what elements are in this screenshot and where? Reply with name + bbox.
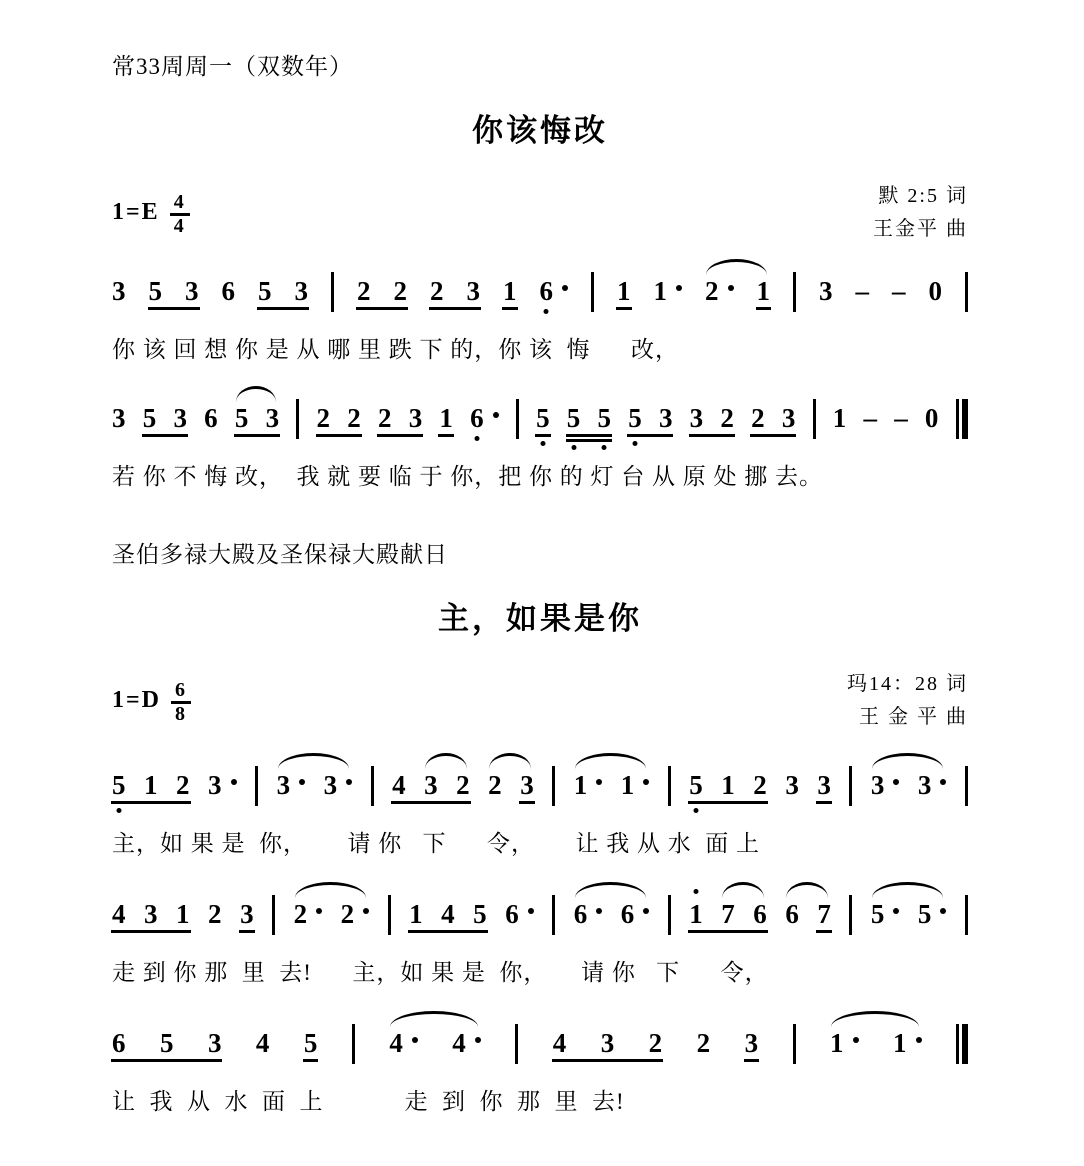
song1-credits: 默 2:5 词 王金平 曲: [873, 180, 968, 246]
octave-dot-low: [116, 808, 121, 813]
note: 6: [112, 1028, 126, 1058]
note-digit: 5: [258, 276, 272, 306]
notation-line: 65345444322311: [112, 1028, 968, 1070]
time-signature: 68: [171, 680, 191, 725]
slur-arc: [295, 882, 367, 898]
note: 2: [753, 770, 767, 800]
note: 1: [503, 276, 517, 306]
slur-arc: [489, 753, 531, 769]
note: 1: [721, 770, 735, 800]
barline: [331, 272, 334, 312]
key-text: 1=E: [112, 199, 160, 225]
time-signature-denominator: 4: [170, 216, 190, 237]
note-digit: 1: [721, 770, 735, 800]
song2-meta-row: 1=D68 玛14：28 词 王 金 平 曲: [112, 668, 968, 734]
note-digit: 3: [659, 403, 673, 433]
beam-line: [616, 307, 632, 310]
beam-line: [438, 434, 454, 437]
note-digit: 2: [430, 276, 444, 306]
note: 2: [705, 276, 734, 306]
note-digit: 3: [185, 276, 199, 306]
note-digit: 2: [294, 899, 308, 929]
time-signature: 44: [170, 192, 190, 237]
slur-arc: [236, 386, 276, 402]
beam-line: [234, 434, 280, 437]
note: 1: [689, 899, 703, 929]
note-digit: 0: [925, 403, 939, 433]
note-digit: 6: [112, 1028, 126, 1058]
note: 6: [470, 403, 499, 433]
note: 3: [208, 770, 237, 800]
song2-title: 主，如果是你: [112, 593, 968, 638]
dash-extension: –: [856, 276, 870, 306]
note: 1: [439, 403, 453, 433]
note: 5: [143, 403, 157, 433]
note: 5: [598, 403, 612, 433]
note: 2: [649, 1028, 663, 1058]
note-digit: 3: [208, 1028, 222, 1058]
beam-line: [239, 930, 255, 933]
octave-dot-low: [571, 445, 576, 450]
note: 3: [240, 899, 254, 929]
rest-note: 0: [925, 403, 939, 433]
beam-line: [816, 801, 832, 804]
note: 7: [817, 899, 831, 929]
note-digit: 1: [503, 276, 517, 306]
note-digit: 1: [654, 276, 668, 306]
note: 2: [456, 770, 470, 800]
beam-line: [566, 434, 612, 437]
note: 5: [258, 276, 272, 306]
note: 3: [520, 770, 534, 800]
lyrics-line: 你 该 回 想 你 是 从 哪 里 跌 下 的，你 该 悔 改，: [112, 331, 968, 363]
note: 3: [817, 770, 831, 800]
note-digit: 2: [751, 403, 765, 433]
note-digit: 5: [871, 899, 885, 929]
beam-line: [142, 434, 188, 437]
note-digit: 3: [690, 403, 704, 433]
octave-dot-low: [694, 808, 699, 813]
note-digit: 1: [621, 770, 635, 800]
beam-line: [689, 434, 735, 437]
note-digit: –: [892, 276, 906, 306]
note: 6: [753, 899, 767, 929]
barline: [272, 895, 275, 935]
beam-line: [519, 801, 535, 804]
note-digit: 1: [176, 899, 190, 929]
augmentation-dot: [596, 908, 602, 914]
note-digit: 2: [394, 276, 408, 306]
note: 4: [553, 1028, 567, 1058]
augmentation-dot: [346, 779, 352, 785]
beam-line: [429, 307, 481, 310]
note-digit: 3: [785, 770, 799, 800]
note-digit: 5: [567, 403, 581, 433]
note: 5: [235, 403, 249, 433]
note-digit: 2: [649, 1028, 663, 1058]
note-digit: 2: [378, 403, 392, 433]
note: 3: [819, 276, 833, 306]
note-digit: 1: [617, 276, 631, 306]
lyricist-credit: 玛14：28 词: [847, 668, 968, 701]
beam-line: [303, 1059, 319, 1062]
notation-line: 43123221456661766755: [112, 899, 968, 941]
barline: [793, 272, 796, 312]
note: 1: [409, 899, 423, 929]
barline: [552, 766, 555, 806]
barline: [371, 766, 374, 806]
beam-line: [627, 434, 673, 437]
note: 4: [389, 1028, 418, 1058]
note-digit: 6: [204, 403, 218, 433]
note: 4: [452, 1028, 481, 1058]
note: 5: [160, 1028, 174, 1058]
barline: [965, 766, 968, 806]
note-digit: 1: [689, 899, 703, 929]
note-digit: 7: [721, 899, 735, 929]
feast-day-header: 圣伯多禄大殿及圣保禄大殿献日: [112, 536, 968, 569]
slur-arc: [872, 753, 944, 769]
song2-score: 51233343223115123333 主，如 果 是 你， 请 你 下 令，…: [112, 770, 968, 1115]
final-barline: [956, 399, 968, 439]
note: 3: [173, 403, 187, 433]
dash-extension: –: [863, 403, 877, 433]
beam-line: [535, 434, 551, 437]
note: 2: [347, 403, 361, 433]
note-digit: 3: [112, 403, 126, 433]
note-digit: 3: [871, 770, 885, 800]
note-digit: 1: [893, 1028, 907, 1058]
song2-key-signature: 1=D68: [112, 680, 191, 725]
notation-line: 3536532223165555332231––0: [112, 403, 968, 445]
note-digit: 3: [112, 276, 126, 306]
note: 1: [654, 276, 683, 306]
note: 2: [176, 770, 190, 800]
note: 2: [488, 770, 502, 800]
note-digit: 4: [452, 1028, 466, 1058]
note-digit: 3: [817, 770, 831, 800]
note-digit: 5: [149, 276, 163, 306]
barline: [255, 766, 258, 806]
note-digit: 3: [819, 276, 833, 306]
barline: [793, 1024, 796, 1064]
note-digit: 3: [467, 276, 481, 306]
note: 1: [833, 403, 847, 433]
octave-dot-high: [694, 889, 699, 894]
notation-line: 35365322231611213––0: [112, 276, 968, 318]
augmentation-dot: [916, 1037, 922, 1043]
note-digit: 2: [357, 276, 371, 306]
note: 5: [473, 899, 487, 929]
note: 4: [441, 899, 455, 929]
note: 7: [721, 899, 735, 929]
barline: [965, 895, 968, 935]
augmentation-dot: [363, 908, 369, 914]
note: 1: [176, 899, 190, 929]
barline: [849, 766, 852, 806]
barline-thin: [956, 399, 959, 439]
beam-line: [688, 801, 768, 804]
note-digit: 4: [441, 899, 455, 929]
barline-thick: [962, 399, 968, 439]
note: 5: [567, 403, 581, 433]
note: 3: [467, 276, 481, 306]
beam-line: [756, 307, 772, 310]
note: 5: [304, 1028, 318, 1058]
beam-line: [111, 930, 191, 933]
slur-arc: [575, 753, 647, 769]
note: 3: [295, 276, 309, 306]
liturgical-day-header: 常33周周一（双数年）: [112, 0, 968, 81]
augmentation-dot: [231, 779, 237, 785]
note-digit: 2: [341, 899, 355, 929]
composer-credit: 王 金 平 曲: [847, 701, 968, 734]
note: 5: [112, 770, 126, 800]
beam-line: [111, 1059, 222, 1062]
augmentation-dot: [893, 908, 899, 914]
note: 3: [112, 403, 126, 433]
final-barline: [956, 1024, 968, 1064]
note: 2: [294, 899, 323, 929]
note-digit: 1: [409, 899, 423, 929]
slur-arc: [872, 882, 944, 898]
note-digit: –: [863, 403, 877, 433]
note-digit: 3: [295, 276, 309, 306]
lyrics-line: 让 我 从 水 面 上 走 到 你 那 里 去!: [112, 1083, 968, 1115]
note: 2: [430, 276, 444, 306]
song1-score: 35365322231611213––0 你 该 回 想 你 是 从 哪 里 跌…: [112, 276, 968, 490]
note: 6: [505, 899, 534, 929]
beam-line: [111, 801, 191, 804]
lyrics-line: 走 到 你 那 里 去! 主，如 果 是 你， 请 你 下 令，: [112, 954, 968, 986]
note-digit: 3: [277, 770, 291, 800]
barline: [296, 399, 299, 439]
note: 3: [324, 770, 353, 800]
barline: [552, 895, 555, 935]
note: 2: [394, 276, 408, 306]
note: 5: [536, 403, 550, 433]
augmentation-dot: [528, 908, 534, 914]
note-digit: 1: [757, 276, 771, 306]
octave-dot-low: [632, 441, 637, 446]
barline: [515, 1024, 518, 1064]
note: 4: [392, 770, 406, 800]
rest-note: 0: [929, 276, 943, 306]
note: 6: [204, 403, 218, 433]
sheet-music-page: 常33周周一（双数年） 你该悔改 1=E44 默 2:5 词 王金平 曲 353…: [0, 0, 1084, 1166]
note-digit: 3: [240, 899, 254, 929]
key-text: 1=D: [112, 687, 161, 713]
note: 3: [277, 770, 306, 800]
note: 5: [918, 899, 947, 929]
note: 1: [617, 276, 631, 306]
note: 2: [341, 899, 370, 929]
note-digit: 2: [347, 403, 361, 433]
note: 3: [782, 403, 796, 433]
note: 4: [112, 899, 126, 929]
barline-thick: [962, 1024, 968, 1064]
note-digit: 4: [389, 1028, 403, 1058]
barline: [849, 895, 852, 935]
augmentation-dot: [940, 779, 946, 785]
note-digit: 6: [621, 899, 635, 929]
note: 5: [149, 276, 163, 306]
beam-line: [257, 307, 309, 310]
note-digit: 3: [745, 1028, 759, 1058]
composer-credit: 王金平 曲: [873, 213, 968, 246]
barline: [813, 399, 816, 439]
note-digit: 1: [439, 403, 453, 433]
note-digit: 0: [929, 276, 943, 306]
note-digit: 1: [574, 770, 588, 800]
slur-arc: [706, 259, 767, 275]
note-digit: 3: [144, 899, 158, 929]
slur-arc: [831, 1011, 918, 1027]
augmentation-dot: [893, 779, 899, 785]
augmentation-dot: [493, 412, 499, 418]
note-digit: 2: [176, 770, 190, 800]
note-digit: 5: [689, 770, 703, 800]
augmentation-dot: [676, 285, 682, 291]
beam-line: [502, 307, 518, 310]
note-digit: 4: [256, 1028, 270, 1058]
beam-line: [552, 1059, 663, 1062]
note-digit: 5: [143, 403, 157, 433]
augmentation-dot: [596, 779, 602, 785]
barline: [591, 272, 594, 312]
note-digit: 2: [208, 899, 222, 929]
note-digit: 1: [833, 403, 847, 433]
dash-extension: –: [894, 403, 908, 433]
note: 1: [144, 770, 158, 800]
note-digit: 3: [324, 770, 338, 800]
slur-arc: [786, 882, 828, 898]
barline-thin: [956, 1024, 959, 1064]
note: 3: [601, 1028, 615, 1058]
note-digit: 3: [266, 403, 280, 433]
note-digit: 3: [208, 770, 222, 800]
note-digit: 5: [918, 899, 932, 929]
note-digit: 2: [753, 770, 767, 800]
beam-line: [356, 307, 408, 310]
beam-line: [816, 930, 832, 933]
note-digit: 3: [409, 403, 423, 433]
note-digit: –: [856, 276, 870, 306]
note: 3: [690, 403, 704, 433]
augmentation-dot: [643, 779, 649, 785]
note: 3: [112, 276, 126, 306]
note: 5: [628, 403, 642, 433]
note: 1: [757, 276, 771, 306]
augmentation-dot: [299, 779, 305, 785]
note-digit: 5: [628, 403, 642, 433]
barline: [352, 1024, 355, 1064]
note-digit: 4: [112, 899, 126, 929]
time-signature-numerator: 6: [171, 680, 191, 704]
lyrics-line: 主，如 果 是 你， 请 你 下 令， 让 我 从 水 面 上: [112, 825, 968, 857]
note: 2: [697, 1028, 711, 1058]
note-digit: 3: [520, 770, 534, 800]
note: 1: [830, 1028, 859, 1058]
note: 3: [266, 403, 280, 433]
note: 3: [785, 770, 799, 800]
note: 2: [378, 403, 392, 433]
note: 4: [256, 1028, 270, 1058]
augmentation-dot: [643, 908, 649, 914]
note-digit: 3: [173, 403, 187, 433]
barline: [388, 895, 391, 935]
note: 5: [689, 770, 703, 800]
note: 1: [621, 770, 650, 800]
note: 2: [751, 403, 765, 433]
note: 2: [357, 276, 371, 306]
song1-key-signature: 1=E44: [112, 192, 190, 237]
note: 3: [424, 770, 438, 800]
note-digit: 6: [222, 276, 236, 306]
beam-line: [566, 439, 612, 442]
note: 3: [208, 1028, 222, 1058]
dash-extension: –: [892, 276, 906, 306]
note-digit: 3: [918, 770, 932, 800]
note-digit: 4: [392, 770, 406, 800]
note-digit: 3: [782, 403, 796, 433]
note-digit: 5: [473, 899, 487, 929]
note: 3: [409, 403, 423, 433]
beam-line: [408, 930, 488, 933]
barline: [516, 399, 519, 439]
note: 3: [745, 1028, 759, 1058]
beam-line: [316, 434, 362, 437]
note-digit: 5: [235, 403, 249, 433]
note: 5: [871, 899, 900, 929]
song1-title: 你该悔改: [112, 105, 968, 150]
slur-arc: [425, 753, 467, 769]
note-digit: 4: [553, 1028, 567, 1058]
augmentation-dot: [562, 285, 568, 291]
note-digit: 2: [697, 1028, 711, 1058]
beam-line: [377, 434, 423, 437]
augmentation-dot: [940, 908, 946, 914]
octave-dot-low: [474, 436, 479, 441]
note-digit: 6: [785, 899, 799, 929]
note-digit: 2: [488, 770, 502, 800]
note-digit: 2: [705, 276, 719, 306]
note: 3: [185, 276, 199, 306]
augmentation-dot: [853, 1037, 859, 1043]
song1-section: 你该悔改 1=E44 默 2:5 词 王金平 曲 353653222316112…: [112, 105, 968, 490]
note-digit: 5: [304, 1028, 318, 1058]
octave-dot-low: [602, 445, 607, 450]
beam-line: [744, 1059, 760, 1062]
augmentation-dot: [316, 908, 322, 914]
slur-arc: [722, 882, 764, 898]
note-digit: 1: [830, 1028, 844, 1058]
song2-section: 圣伯多禄大殿及圣保禄大殿献日 主，如果是你 1=D68 玛14：28 词 王 金…: [112, 536, 968, 1115]
augmentation-dot: [728, 285, 734, 291]
time-signature-numerator: 4: [170, 192, 190, 216]
note-digit: 6: [470, 403, 484, 433]
note: 1: [893, 1028, 922, 1058]
augmentation-dot: [412, 1037, 418, 1043]
lyricist-credit: 默 2:5 词: [873, 180, 968, 213]
note-digit: 5: [598, 403, 612, 433]
note: 3: [144, 899, 158, 929]
octave-dot-low: [544, 309, 549, 314]
note-digit: 6: [574, 899, 588, 929]
note-digit: 6: [505, 899, 519, 929]
note: 6: [540, 276, 569, 306]
page-content: 常33周周一（双数年） 你该悔改 1=E44 默 2:5 词 王金平 曲 353…: [112, 0, 968, 1115]
